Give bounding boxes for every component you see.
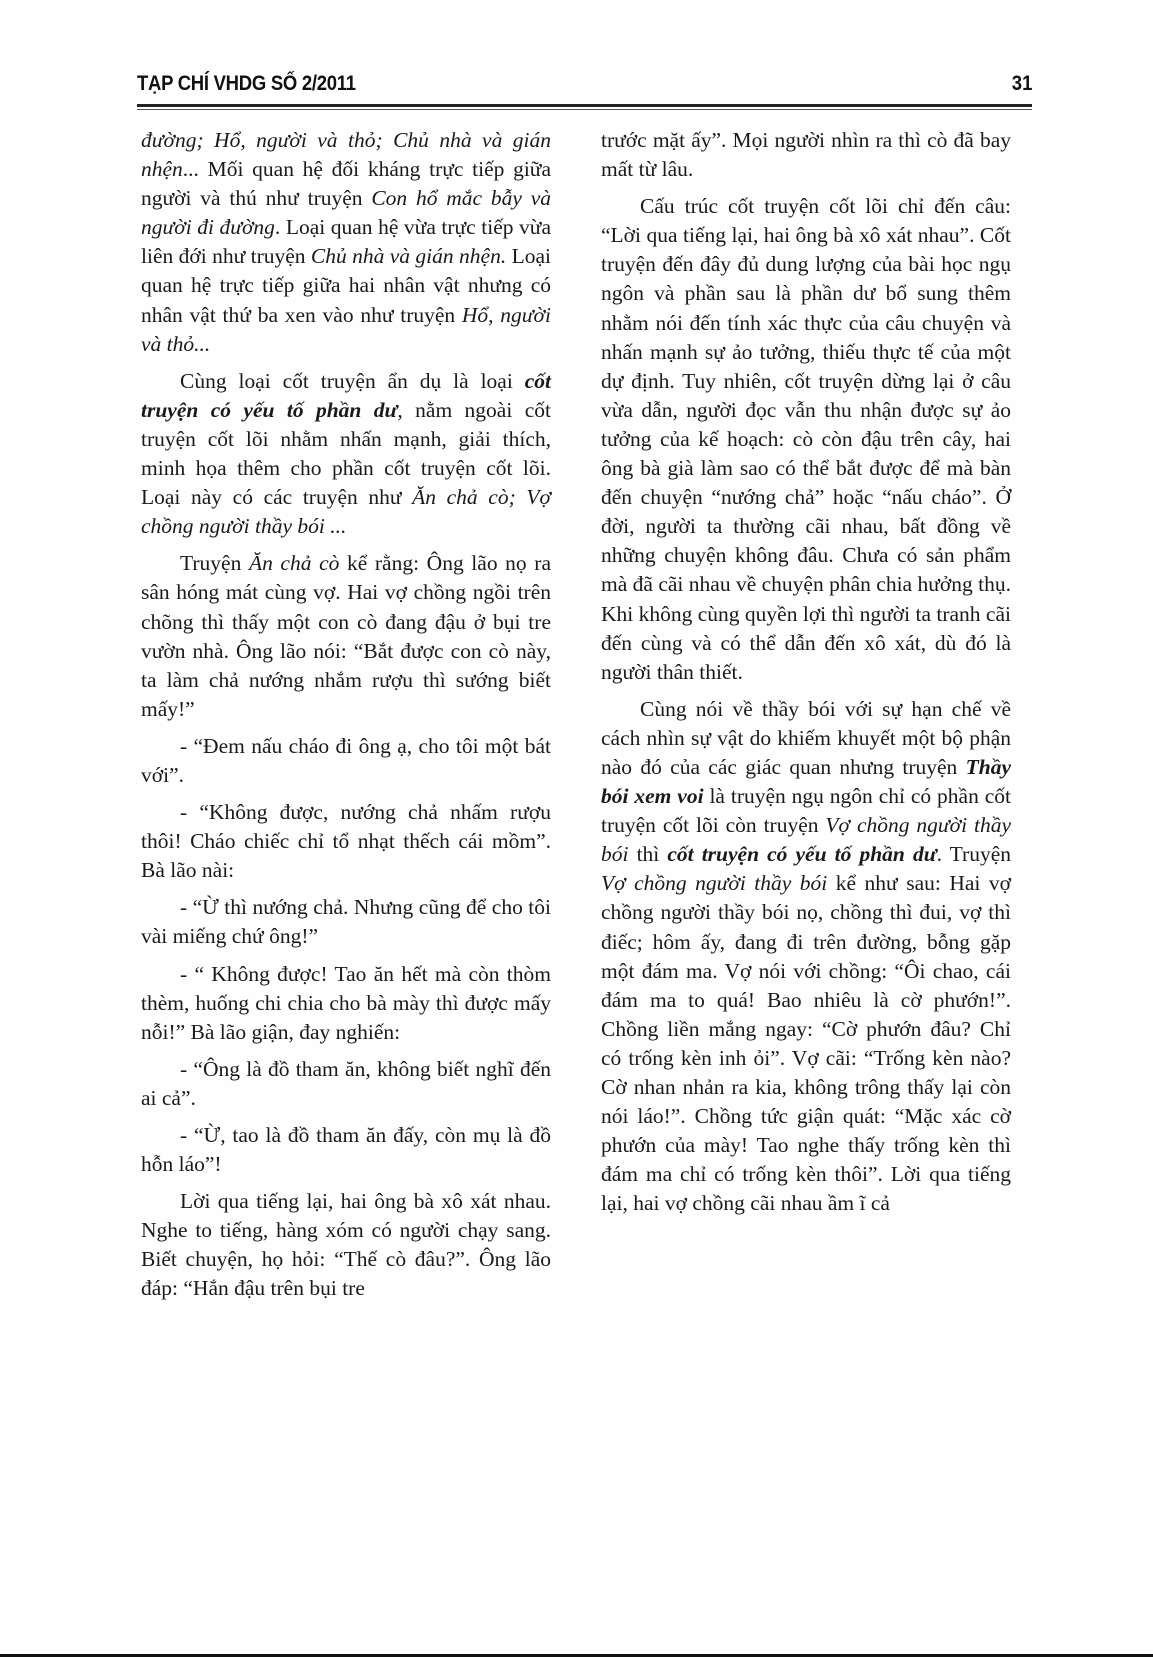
header-rule-thick (137, 104, 1032, 107)
paragraph: Cùng loại cốt truyện ẩn dụ là loại cốt t… (141, 367, 551, 542)
paragraph: Cùng nói về thầy bói với sự hạn chế về c… (601, 695, 1011, 1219)
dialogue-line: - “ Không được! Tao ăn hết mà còn thòm t… (141, 960, 551, 1047)
running-header: TẠP CHÍ VHDG SỐ 2/2011 31 (137, 72, 1032, 98)
header-rule-thin (137, 109, 1032, 110)
paragraph: đường; Hổ, người và thỏ; Chủ nhà và gián… (141, 126, 551, 359)
text: kể như sau: Hai vợ chồng người thầy bói … (601, 871, 1011, 1215)
dialogue-line: - “Ông là đồ tham ăn, không biết nghĩ đế… (141, 1055, 551, 1113)
text: Truyện (180, 551, 249, 575)
text: Cùng nói về thầy bói với sự hạn chế về c… (601, 697, 1011, 779)
italic-title: Chủ nhà và gián nhện. (311, 244, 506, 268)
italic-title: Vợ chồng người thầy bói (601, 871, 827, 895)
dialogue-line: - “Ừ thì nướng chả. Nhưng cũng để cho tô… (141, 893, 551, 951)
text: Cùng loại cốt truyện ẩn dụ là loại (180, 369, 525, 393)
dialogue-line: - “Ừ, tao là đồ tham ăn đấy, còn mụ là đ… (141, 1121, 551, 1179)
text: . Truyện (937, 842, 1011, 866)
right-column: trước mặt ấy”. Mọi người nhìn ra thì cò … (601, 126, 1011, 1226)
journal-page: TẠP CHÍ VHDG SỐ 2/2011 31 đường; Hổ, ngư… (0, 0, 1153, 1657)
italic-title: Ăn chả cò (249, 551, 339, 575)
dialogue-line: - “Đem nấu cháo đi ông ạ, cho tôi một bá… (141, 732, 551, 790)
paragraph: Lời qua tiếng lại, hai ông bà xô xát nha… (141, 1187, 551, 1303)
paragraph: Truyện Ăn chả cò kể rằng: Ông lão nọ ra … (141, 549, 551, 724)
page-number: 31 (1011, 72, 1032, 96)
text: kể rằng: Ông lão nọ ra sân hóng mát cùng… (141, 551, 551, 720)
journal-title: TẠP CHÍ VHDG SỐ 2/2011 (137, 72, 356, 96)
text: thì (628, 842, 667, 866)
paragraph: trước mặt ấy”. Mọi người nhìn ra thì cò … (601, 126, 1011, 184)
left-column: đường; Hổ, người và thỏ; Chủ nhà và gián… (141, 126, 551, 1312)
bold-italic-term: cốt truyện có yếu tố phần dư (667, 842, 936, 866)
paragraph: Cấu trúc cốt truyện cốt lõi chỉ đến câu:… (601, 192, 1011, 687)
dialogue-line: - “Không được, nướng chả nhấm rượu thôi!… (141, 798, 551, 885)
